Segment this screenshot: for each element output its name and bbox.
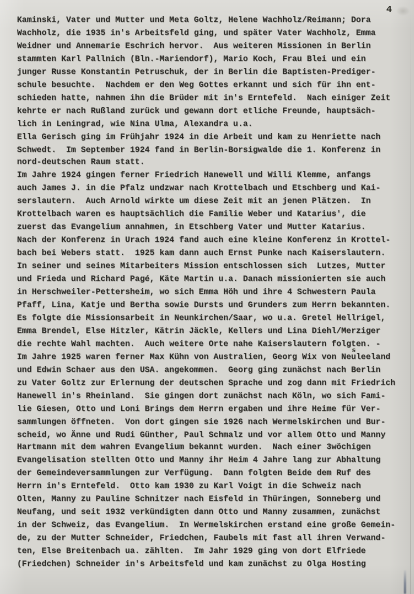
text-line: in der Schweiz, das Evangelium. In Werme… bbox=[17, 520, 406, 533]
text-line: Hartmann mit dem wahren Evangelium bekan… bbox=[17, 442, 406, 455]
text-line: Im Jahre 1924 gingen ferner Friedrich Ha… bbox=[17, 170, 406, 183]
text-line: zuerst das Evangelium annahmen, in Etsch… bbox=[17, 222, 406, 235]
text-line: Es folgte die Missionsarbeit in Neunkirc… bbox=[17, 313, 406, 326]
text-line: nord-deutschen Raum statt. bbox=[17, 157, 406, 170]
text-line: serslautern. Auch Arnold wirkte um diese… bbox=[17, 196, 406, 209]
text-line: Weidner und Annemarie Eschrich hervor. A… bbox=[17, 41, 406, 54]
text-line: scheid, wo Änne und Rudi Günther, Paul S… bbox=[17, 430, 406, 443]
text-line: Pfaff, Lina, Katje und Bertha sowie Durs… bbox=[17, 300, 406, 313]
pen-mark bbox=[404, 570, 406, 594]
text-line: der Gemeindeversammlungen zur Verfügung.… bbox=[17, 468, 406, 481]
document-text: Kaminski, Vater und Mutter und Meta Golt… bbox=[17, 15, 406, 572]
text-line: bach bei Webers statt. 1925 kam dann auc… bbox=[17, 248, 406, 261]
text-line: auch James J. in die Pfalz undzwar nach … bbox=[17, 183, 406, 196]
page-number: 4 bbox=[386, 4, 392, 15]
text-line: Wachholz, die 1935 in's Arbeitsfeld ging… bbox=[17, 28, 406, 41]
text-line: Hanewell in's Rheinland. Sie gingen dort… bbox=[17, 391, 406, 404]
text-line: ten, Else Breitenbach ua. zählten. Im Ja… bbox=[17, 546, 406, 559]
text-line: Ella Gerisch ging im Frühjahr 1924 in di… bbox=[17, 132, 406, 145]
text-line: Nach der Konferenz in Urach 1924 fand au… bbox=[17, 235, 406, 248]
text-line: und Frieda und Richard Pagé, Käte Martin… bbox=[17, 274, 406, 287]
text-line: de, zu der Mutter Schneider, Friedchen, … bbox=[17, 533, 406, 546]
text-line: die rechte Wahl machten. Auch weitere Or… bbox=[17, 339, 406, 352]
text-line: schule besuchte. Nachdem er den Weg Gott… bbox=[17, 80, 406, 93]
text-line: kehrte er nach Rußland zurück und gewann… bbox=[17, 106, 406, 119]
text-line: Im Jahre 1925 waren ferner Max Kühn von … bbox=[17, 352, 406, 365]
text-line: In seiner und seines Mitarbeiters Missio… bbox=[17, 261, 406, 274]
text-line: Kaminski, Vater und Mutter und Meta Golt… bbox=[17, 15, 406, 28]
scan-edge-line bbox=[410, 0, 411, 594]
text-line: schieden hatte, nahmen ihn die Brüder mi… bbox=[17, 93, 406, 106]
text-line: Neufang, und seit 1932 verkündigten dann… bbox=[17, 507, 406, 520]
text-line: und Edwin Schaer aus den USA. angekommen… bbox=[17, 365, 406, 378]
text-line: stammten Karl Pallnich (Bln.-Mariendorf)… bbox=[17, 54, 406, 67]
text-line: lie Giesen, Otto und Loni Brings dem Her… bbox=[17, 404, 406, 417]
text-line: Krottelbach waren es hauptsächlich die F… bbox=[17, 209, 406, 222]
text-line: lich in Leningrad, wie Nina Ulma, Alexan… bbox=[17, 119, 406, 132]
handwritten-correction: s bbox=[352, 346, 356, 354]
text-line: Herrn in's Erntefeld. Otto kam 1930 zu K… bbox=[17, 481, 406, 494]
text-line: (Friedchen) Schneider in's Arbeitsfeld u… bbox=[17, 559, 406, 572]
text-line: Schwedt. Im September 1924 fand in Berli… bbox=[17, 145, 406, 158]
text-line: Olten, Manny zu Pauline Schnitzer nach E… bbox=[17, 494, 406, 507]
document-page: 4 Kaminski, Vater und Mutter und Meta Go… bbox=[0, 0, 414, 594]
text-line: zu Vater Goltz zur Erlernung der deutsch… bbox=[17, 378, 406, 391]
text-line: in Herschweiler-Pettersheim, wo sich Emm… bbox=[17, 287, 406, 300]
text-line: Evangelisation stellten Otto und Manny i… bbox=[17, 455, 406, 468]
text-line: junger Russe Konstantin Petruschuk, der … bbox=[17, 67, 406, 80]
text-line: sammlungen öffneten. Von dort gingen sie… bbox=[17, 417, 406, 430]
text-line: Emma Brendel, Else Hitzler, Kätrin Jäckl… bbox=[17, 326, 406, 339]
